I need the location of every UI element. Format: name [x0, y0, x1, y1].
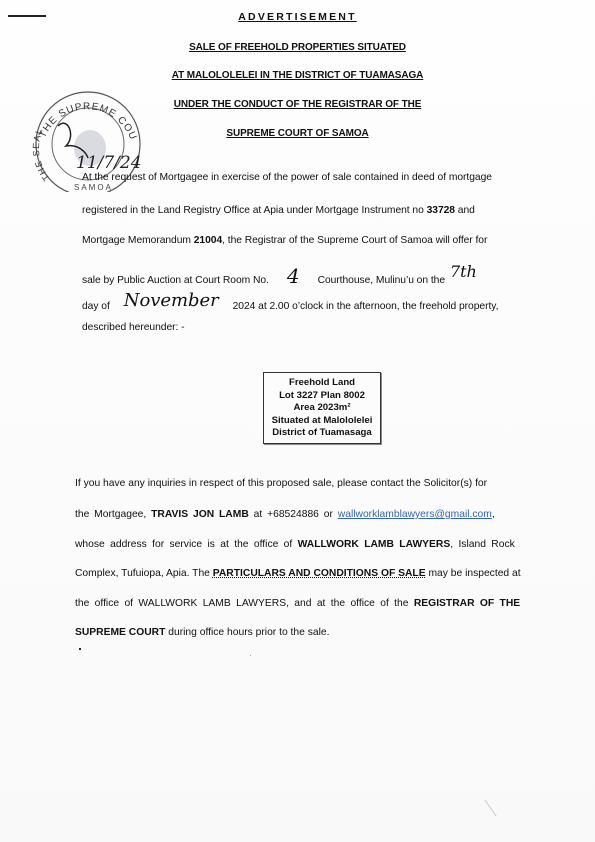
solicitor-name: TRAVIS JON LAMB: [151, 509, 249, 520]
text: the office of WALLWORK LAMB LAWYERS, and…: [75, 598, 414, 609]
svg-text:SAMOA: SAMOA: [74, 183, 113, 192]
contact-line-6: SUPREME COURT during office hours prior …: [75, 627, 329, 638]
mortgage-instrument-no: 33728: [427, 205, 455, 216]
notice-line-1: At the request of Mortgagee in exercise …: [82, 172, 492, 183]
text: at +68524886 or: [249, 509, 338, 520]
text: ,: [492, 509, 495, 520]
handwritten-month: November: [124, 290, 219, 311]
text: , Island Rock: [450, 539, 515, 550]
property-line: Lot 3227 Plan 8002: [264, 390, 380, 403]
mortgage-memorandum-no: 21004: [194, 235, 222, 246]
notice-line-3: Mortgage Memorandum 21004, the Registrar…: [82, 235, 487, 246]
property-line: Situated at Malololelei: [264, 415, 380, 428]
contact-line-2: the Mortgagee, TRAVIS JON LAMB at +68524…: [75, 509, 495, 520]
notice-line-6: described hereunder: -: [82, 322, 185, 333]
notice-line-5: day ofNovember2024 at 2.00 o’clock in th…: [82, 293, 498, 314]
handwritten-day: 7th: [450, 262, 477, 281]
text: day of: [82, 301, 110, 312]
text: and: [455, 205, 475, 216]
handwritten-court-room: 4: [287, 264, 300, 288]
text: 2024 at 2.00 o’clock in the afternoon, t…: [233, 301, 499, 312]
registrar-bold: REGISTRAR OF THE: [414, 598, 520, 609]
text: Courthouse, Mulinu’u on the: [318, 275, 445, 286]
advertisement-title: ADVERTISEMENT: [0, 11, 595, 23]
contact-line-4: Complex, Tufuiopa, Apia. The PARTICULARS…: [75, 568, 521, 579]
heading-line-1: SALE OF FREEHOLD PROPERTIES SITUATED: [0, 42, 595, 53]
text: whose address for service is at the offi…: [75, 539, 298, 550]
contact-line-5: the office of WALLWORK LAMB LAWYERS, and…: [75, 598, 520, 609]
firm-name: WALLWORK LAMB LAWYERS: [298, 539, 451, 550]
email-link[interactable]: wallworklamblawyers@gmail.com: [338, 509, 492, 520]
notice-line-4: sale by Public Auction at Court Room No.…: [82, 264, 477, 288]
property-line: Area 2023m²: [264, 402, 380, 415]
text: during office hours prior to the sale.: [165, 627, 329, 638]
supreme-court-bold: SUPREME COURT: [75, 627, 165, 638]
text: registered in the Land Registry Office a…: [82, 205, 427, 216]
particulars-and-conditions: PARTICULARS AND CONDITIONS OF SALE: [213, 568, 426, 579]
property-description-box: Freehold Land Lot 3227 Plan 8002 Area 20…: [263, 372, 381, 444]
contact-line-3: whose address for service is at the offi…: [75, 539, 515, 550]
text: Mortgage Memorandum: [82, 235, 194, 246]
scan-speck: [250, 655, 251, 656]
heading-line-2: AT MALOLOLELEI IN THE DISTRICT OF TUAMAS…: [0, 70, 595, 81]
text: may be inspected at: [426, 568, 521, 579]
property-line: Freehold Land: [264, 377, 380, 390]
text: , the Registrar of the Supreme Court of …: [222, 235, 487, 246]
contact-line-1: If you have any inquiries in respect of …: [75, 478, 487, 489]
scan-speck: [484, 800, 496, 817]
document-page: ADVERTISEMENT SALE OF FREEHOLD PROPERTIE…: [0, 0, 595, 842]
property-line: District of Tuamasaga: [264, 427, 380, 440]
notice-line-2: registered in the Land Registry Office a…: [82, 205, 475, 216]
svg-text:11/7/24: 11/7/24: [76, 153, 142, 173]
text: the Mortgagee,: [75, 509, 151, 520]
text: Complex, Tufuiopa, Apia. The: [75, 568, 213, 579]
stray-mark: [79, 648, 81, 650]
text: sale by Public Auction at Court Room No.: [82, 275, 269, 286]
